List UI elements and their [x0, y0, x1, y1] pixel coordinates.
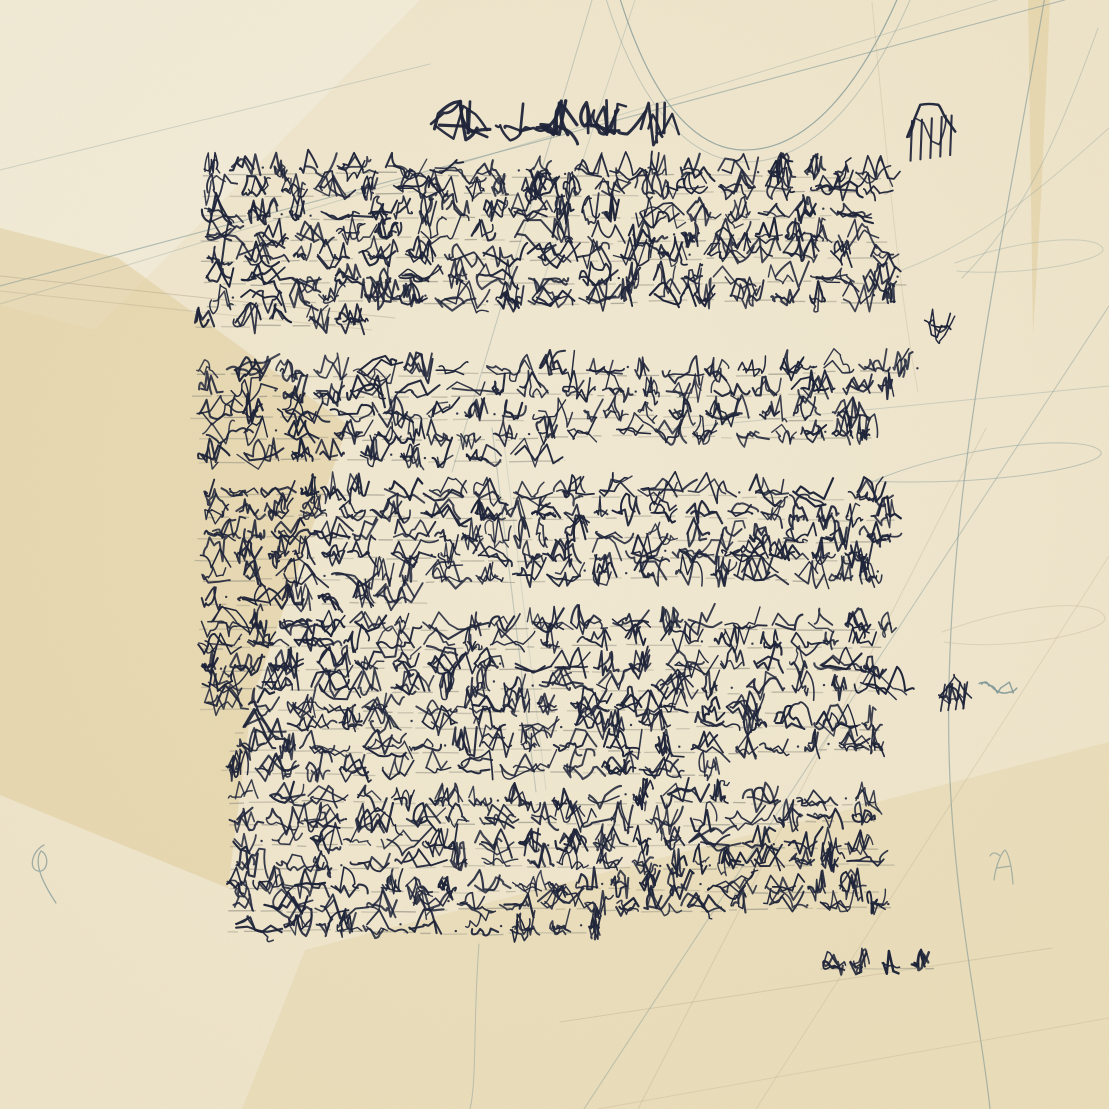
manuscript-canvas [0, 0, 1109, 1109]
manuscript-page [0, 0, 1109, 1109]
